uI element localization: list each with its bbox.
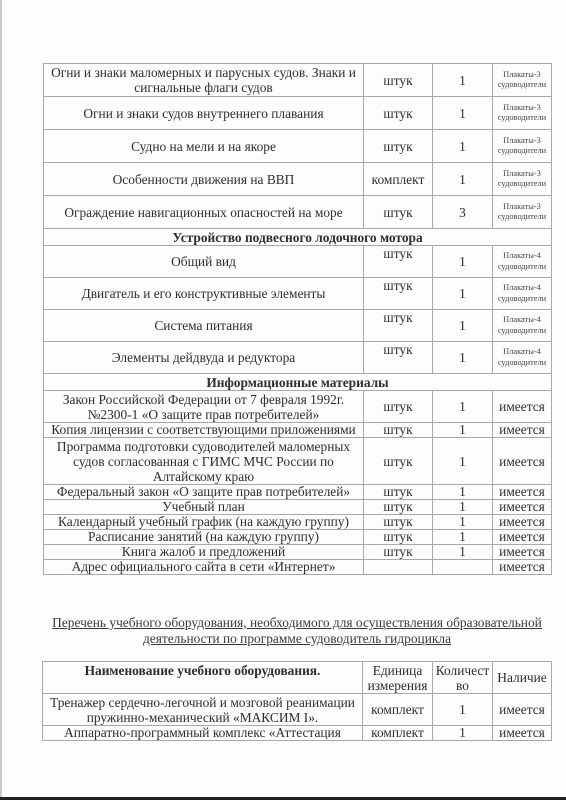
item-name: Календарный учебный график (на каждую гр… <box>44 515 364 530</box>
item-name: Книга жалоб и предложений <box>44 545 364 560</box>
table-row: Адрес официального сайта в сети «Интерне… <box>44 560 552 575</box>
item-status: имеется <box>493 515 552 530</box>
item-unit: штук <box>364 530 433 545</box>
item-name: Учебный план <box>44 500 364 515</box>
item-qty: 1 <box>433 342 493 374</box>
table-row: Ограждение навигационных опасностей на м… <box>44 196 552 229</box>
item-name: Общий вид <box>44 246 364 278</box>
item-status: имеется <box>493 438 552 485</box>
item-unit <box>364 560 433 575</box>
item-name: Адрес официального сайта в сети «Интерне… <box>44 560 364 575</box>
table-row: Закон Российской Федерации от 7 февраля … <box>44 391 552 423</box>
item-qty: 1 <box>433 97 493 130</box>
item-status: имеется <box>493 560 552 575</box>
item-unit: штук <box>364 391 433 423</box>
item-unit: штук <box>364 515 433 530</box>
table-row: Копия лицензии с соответствующими прилож… <box>44 423 552 438</box>
header-availability: Наличие <box>493 662 552 694</box>
table-row: Федеральный закон «О защите прав потреби… <box>44 485 552 500</box>
item-qty: 1 <box>433 530 493 545</box>
header-unit: Единица измерения <box>363 662 433 694</box>
item-status: имеется <box>493 530 552 545</box>
item-qty: 1 <box>433 485 493 500</box>
item-qty: 1 <box>433 64 493 97</box>
item-name: Ограждение навигационных опасностей на м… <box>44 196 364 229</box>
item-status: имеется <box>493 423 552 438</box>
page-left-edge <box>0 0 2 800</box>
item-unit: штук <box>364 278 433 310</box>
item-unit: штук <box>364 196 433 229</box>
item-name: Особенности движения на ВВП <box>44 163 364 196</box>
table-row: Особенности движения на ВВП комплект 1 П… <box>44 163 552 196</box>
item-unit: штук <box>364 500 433 515</box>
item-qty: 3 <box>433 196 493 229</box>
table-row: Календарный учебный график (на каждую гр… <box>44 515 552 530</box>
item-status: имеется <box>493 545 552 560</box>
item-qty: 1 <box>433 278 493 310</box>
equipment-table: Огни и знаки маломерных и парусных судов… <box>43 63 552 575</box>
item-name: Аппаратно-программный комплекс «Аттестац… <box>43 726 363 741</box>
item-note: Плакаты-3 судоводители <box>493 163 552 196</box>
item-qty <box>433 560 493 575</box>
section-header-row: Информационные материалы <box>44 374 552 391</box>
item-note: Плакаты-4 судоводители <box>493 310 552 342</box>
table-row: Аппаратно-программный комплекс «Аттестац… <box>43 726 552 741</box>
item-note: Плакаты-3 судоводители <box>493 64 552 97</box>
item-unit: штук <box>364 485 433 500</box>
item-status: имеется <box>493 391 552 423</box>
header-qty: Количество <box>433 662 493 694</box>
item-note: Плакаты-4 судоводители <box>493 246 552 278</box>
item-unit: штук <box>364 438 433 485</box>
item-name: Элементы дейдвуда и редуктора <box>44 342 364 374</box>
table-header-row: Наименование учебного оборудования. Един… <box>43 662 552 694</box>
table-row: Система питания штук 1 Плакаты-4 судовод… <box>44 310 552 342</box>
table-row: Двигатель и его конструктивные элементы … <box>44 278 552 310</box>
table-row: Огни и знаки судов внутреннего плавания … <box>44 97 552 130</box>
item-name: Огни и знаки судов внутреннего плавания <box>44 97 364 130</box>
item-name: Федеральный закон «О защите прав потреби… <box>44 485 364 500</box>
item-qty: 1 <box>433 423 493 438</box>
item-name: Тренажер сердечно-легочной и мозговой ре… <box>43 694 363 726</box>
item-qty: 1 <box>433 163 493 196</box>
table-row: Общий вид штук 1 Плакаты-4 судоводители <box>44 246 552 278</box>
section-title: Перечень учебного оборудования, необходи… <box>40 615 554 647</box>
item-note: Плакаты-3 судоводители <box>493 97 552 130</box>
item-unit: штук <box>364 64 433 97</box>
section-header-row: Устройство подвесного лодочного мотора <box>44 229 552 246</box>
item-qty: 1 <box>433 310 493 342</box>
item-qty: 1 <box>433 246 493 278</box>
item-status: имеется <box>493 485 552 500</box>
item-note: Плакаты-3 судоводители <box>493 196 552 229</box>
item-note: Плакаты-4 судоводители <box>493 342 552 374</box>
item-name: Система питания <box>44 310 364 342</box>
table-row: Книга жалоб и предложений штук 1 имеется <box>44 545 552 560</box>
item-unit: штук <box>364 423 433 438</box>
section-header-motor: Устройство подвесного лодочного мотора <box>44 229 552 246</box>
item-qty: 1 <box>433 500 493 515</box>
item-status: имеется <box>493 500 552 515</box>
item-name: Закон Российской Федерации от 7 февраля … <box>44 391 364 423</box>
item-qty: 1 <box>433 694 493 726</box>
table-row: Программа подготовки судоводителей малом… <box>44 438 552 485</box>
item-name: Программа подготовки судоводителей малом… <box>44 438 364 485</box>
item-qty: 1 <box>433 545 493 560</box>
item-qty: 1 <box>433 515 493 530</box>
item-unit: комплект <box>363 694 433 726</box>
header-name: Наименование учебного оборудования. <box>43 662 363 694</box>
table-row: Тренажер сердечно-легочной и мозговой ре… <box>43 694 552 726</box>
item-name: Расписание занятий (на каждую группу) <box>44 530 364 545</box>
section-header-info: Информационные материалы <box>44 374 552 391</box>
item-qty: 1 <box>433 438 493 485</box>
item-qty: 1 <box>433 391 493 423</box>
table-row: Огни и знаки маломерных и парусных судов… <box>44 64 552 97</box>
item-availability: имеется <box>493 726 552 741</box>
item-unit: штук <box>364 97 433 130</box>
table-row: Судно на мели и на якоре штук 1 Плакаты-… <box>44 130 552 163</box>
table-row: Элементы дейдвуда и редуктора штук 1 Пла… <box>44 342 552 374</box>
item-unit: штук <box>364 246 433 278</box>
item-unit: штук <box>364 545 433 560</box>
table-row: Расписание занятий (на каждую группу) шт… <box>44 530 552 545</box>
table-row: Учебный план штук 1 имеется <box>44 500 552 515</box>
item-unit: комплект <box>364 163 433 196</box>
item-unit: штук <box>364 342 433 374</box>
item-name: Двигатель и его конструктивные элементы <box>44 278 364 310</box>
item-unit: комплект <box>363 726 433 741</box>
item-name: Огни и знаки маломерных и парусных судов… <box>44 64 364 97</box>
item-note: Плакаты-4 судоводители <box>493 278 552 310</box>
item-name: Копия лицензии с соответствующими прилож… <box>44 423 364 438</box>
item-qty: 1 <box>433 726 493 741</box>
item-availability: имеется <box>493 694 552 726</box>
item-qty: 1 <box>433 130 493 163</box>
item-unit: штук <box>364 310 433 342</box>
item-note: Плакаты-3 судоводители <box>493 130 552 163</box>
jetski-equipment-table: Наименование учебного оборудования. Един… <box>42 661 552 741</box>
item-name: Судно на мели и на якоре <box>44 130 364 163</box>
item-unit: штук <box>364 130 433 163</box>
